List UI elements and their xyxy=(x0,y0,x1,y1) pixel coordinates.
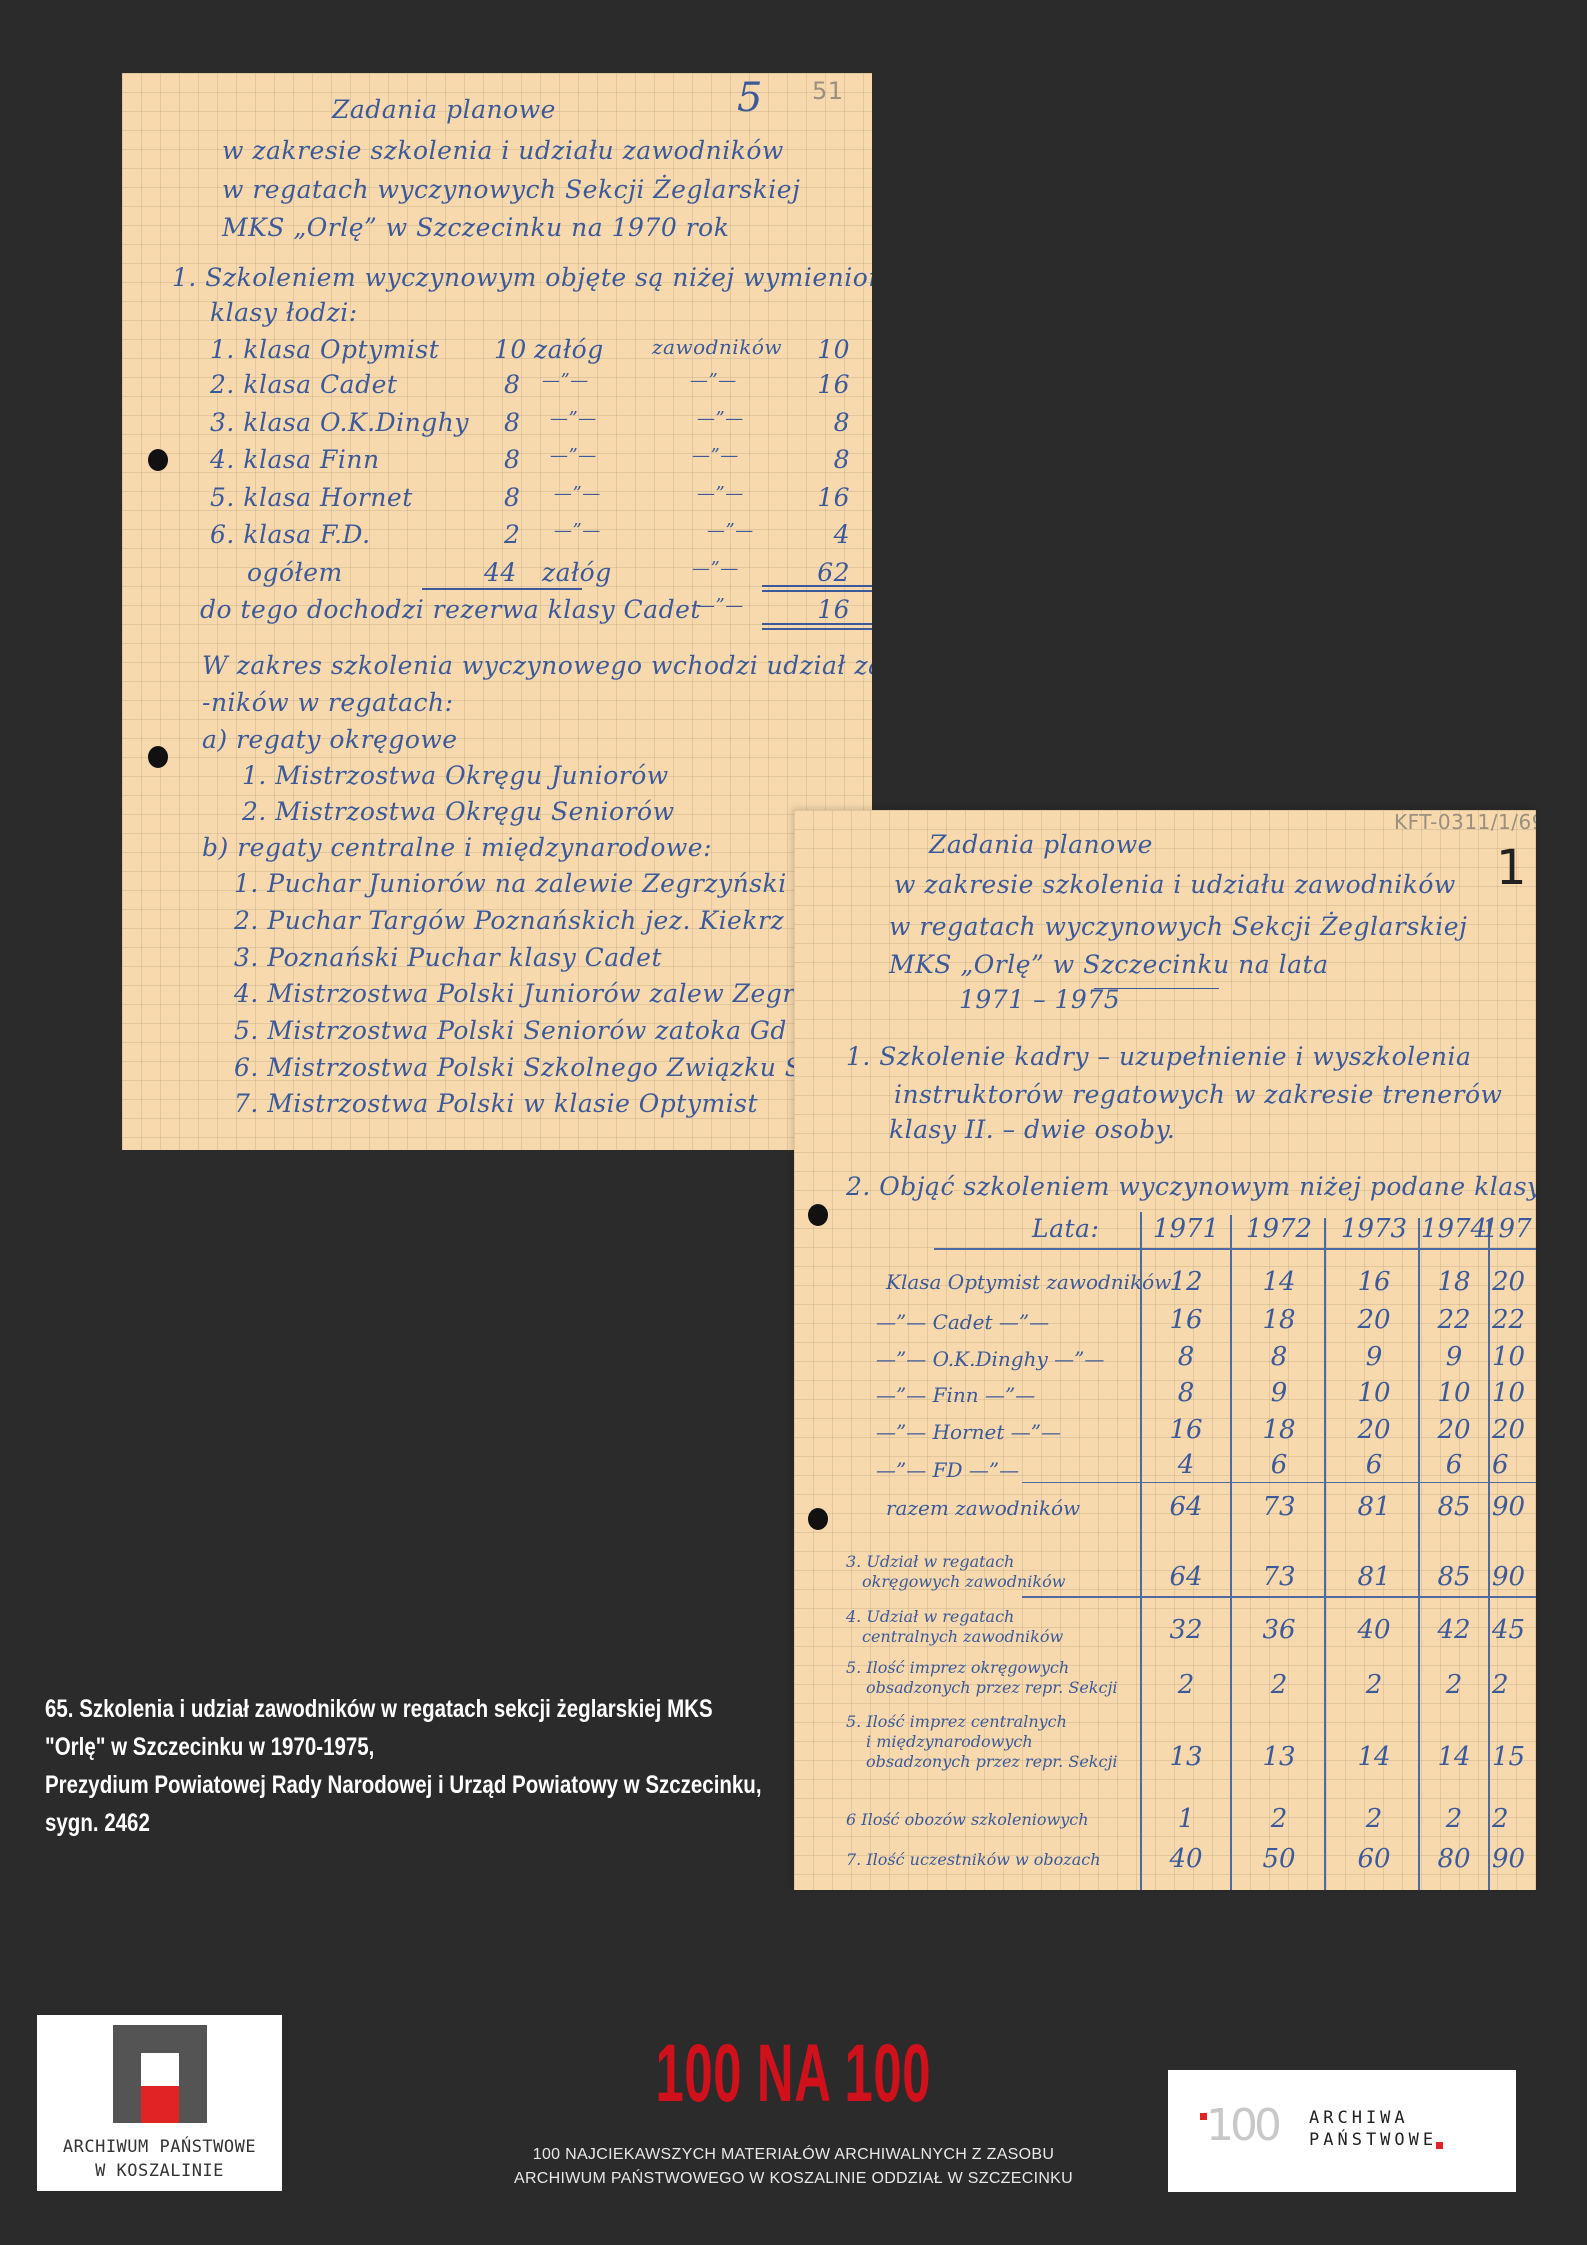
regatta-b-item: 7. Mistrzostwa Polski w klasie Optymist xyxy=(234,1089,758,1118)
class-sailors: 8 xyxy=(790,445,850,474)
row-label: 4. Udział w regatach xyxy=(846,1607,1014,1627)
caption-line: 65. Szkolenia i udział zawodników w rega… xyxy=(45,1690,783,1728)
row-value: 10 xyxy=(1414,1378,1494,1408)
doc2-title-line: w zakresie szkolenia i udziału zawodnikó… xyxy=(894,870,1456,899)
class-sailors: 16 xyxy=(790,370,850,399)
row-value: 20 xyxy=(1492,1267,1536,1297)
logo-right-line1: ARCHIWA xyxy=(1309,2108,1409,2128)
row-value: 6 xyxy=(1414,1450,1494,1480)
class-sailors-unit: —”— xyxy=(697,483,744,504)
logo-flag-white-icon xyxy=(141,2053,179,2086)
row-value: 9 xyxy=(1334,1342,1414,1372)
row-value: 20 xyxy=(1492,1415,1536,1445)
row-label: obsadzonych przez repr. Sekcji xyxy=(866,1678,1118,1698)
page-number-pencil-mark: 51 xyxy=(812,77,844,105)
regatta-b-item: 5. Mistrzostwa Polski Seniorów zatoka Gd xyxy=(234,1016,787,1045)
table-column-rule xyxy=(1140,1212,1142,1890)
total-label: ogółem xyxy=(247,558,343,587)
row-value: 10 xyxy=(1492,1342,1536,1372)
row-value: 40 xyxy=(1334,1615,1414,1645)
doc2-section1-line: instruktorów regatowych w zakresie trene… xyxy=(894,1080,1502,1109)
doc1-section1-heading-cont: klasy łodzi: xyxy=(210,298,358,327)
row-value: 13 xyxy=(1239,1742,1319,1772)
row-value: 10 xyxy=(1334,1378,1414,1408)
total-sailors-unit: —”— xyxy=(692,558,739,579)
doc1-section1-heading: 1. Szkoleniem wyczynowym objęte są niżej… xyxy=(172,263,872,292)
row-label: —”— Hornet —”— xyxy=(876,1420,1061,1444)
year-header: 1971 xyxy=(1146,1214,1226,1244)
regatta-intro-line: W zakres szkolenia wyczynowego wchodzi u… xyxy=(202,651,872,680)
year-header: 1973 xyxy=(1334,1214,1414,1244)
series-title: 100 NA 100 xyxy=(301,2028,1285,2120)
row-value: 73 xyxy=(1239,1492,1319,1522)
row-value: 9 xyxy=(1239,1378,1319,1408)
class-label: 6. klasa F.D. xyxy=(210,520,371,549)
row-value: 14 xyxy=(1414,1742,1494,1772)
exhibit-caption: 65. Szkolenia i udział zawodników w rega… xyxy=(45,1690,783,1842)
archiwum-koszalin-logo[interactable]: ARCHIWUM PAŃSTWOWE W KOSZALINIE xyxy=(37,2015,282,2191)
class-label: 2. klasa Cadet xyxy=(210,370,397,399)
row-value: 12 xyxy=(1146,1267,1226,1297)
regatta-b-item: 1. Puchar Juniorów na zalewie Zegrzyński xyxy=(234,869,787,898)
row-value: 2 xyxy=(1334,1670,1414,1700)
class-crews-unit: —”— xyxy=(550,408,597,429)
row-label: —”— Finn —”— xyxy=(876,1383,1035,1407)
row-value: 2 xyxy=(1492,1670,1536,1700)
class-crews: 8 xyxy=(504,408,520,437)
class-crews: 8 xyxy=(504,445,520,474)
row-value: 2 xyxy=(1492,1804,1536,1834)
class-label: 1. klasa Optymist xyxy=(210,335,439,364)
row-value: 64 xyxy=(1146,1562,1226,1592)
row-value: 20 xyxy=(1334,1415,1414,1445)
row-value: 32 xyxy=(1146,1615,1226,1645)
logo-100-mark: 100 xyxy=(1206,2100,1278,2151)
row-value: 1 xyxy=(1146,1804,1226,1834)
caption-line: sygn. 2462 xyxy=(45,1804,783,1842)
row-value: 22 xyxy=(1492,1305,1536,1335)
row-value: 2 xyxy=(1414,1670,1494,1700)
row-value: 22 xyxy=(1414,1305,1494,1335)
regatta-b-item: 6. Mistrzostwa Polski Szkolnego Związku … xyxy=(234,1053,872,1082)
row-label: 7. Ilość uczestników w obozach xyxy=(846,1850,1101,1870)
row-value: 8 xyxy=(1239,1342,1319,1372)
row-label: 6 Ilość obozów szkoleniowych xyxy=(846,1810,1089,1830)
class-crews-unit: załóg xyxy=(534,335,604,364)
row-value: 90 xyxy=(1492,1492,1536,1522)
row-value: 16 xyxy=(1334,1267,1414,1297)
row-value: 2 xyxy=(1414,1804,1494,1834)
table-header-label: Lata: xyxy=(1032,1214,1099,1243)
class-crews-unit: —”— xyxy=(554,483,601,504)
regatta-intro-line: -ników w regatach: xyxy=(202,688,454,717)
row-value: 73 xyxy=(1239,1562,1319,1592)
row-value: 20 xyxy=(1334,1305,1414,1335)
row-value: 2 xyxy=(1239,1804,1319,1834)
row-value: 8 xyxy=(1146,1378,1226,1408)
table-total-rule xyxy=(1022,1596,1536,1598)
row-value: 81 xyxy=(1334,1562,1414,1592)
row-value: 2 xyxy=(1334,1804,1414,1834)
row-label: obsadzonych przez repr. Sekcji xyxy=(866,1752,1118,1772)
row-label: i międzynarodowych xyxy=(866,1732,1033,1752)
regatta-b-item: 2. Puchar Targów Poznańskich jez. Kiekrz xyxy=(234,906,784,935)
row-value: 40 xyxy=(1146,1844,1226,1874)
regatta-b-item: 3. Poznański Puchar klasy Cadet xyxy=(234,943,662,972)
class-sailors-unit: zawodników xyxy=(652,335,782,359)
year-header: 1972 xyxy=(1239,1214,1319,1244)
row-value: 36 xyxy=(1239,1615,1319,1645)
table-header-rule xyxy=(934,1248,1536,1250)
doc2-section1-line: 1. Szkolenie kadry – uzupełnienie i wysz… xyxy=(846,1042,1471,1071)
total-double-underline xyxy=(762,585,872,592)
row-value: 18 xyxy=(1414,1267,1494,1297)
row-label: 5. Ilość imprez centralnych xyxy=(846,1712,1067,1732)
doc2-title-line: Zadania planowe xyxy=(929,830,1153,859)
row-label: 5. Ilość imprez okręgowych xyxy=(846,1658,1069,1678)
class-crews: 2 xyxy=(504,520,520,549)
table-column-rule xyxy=(1230,1215,1232,1890)
doc2-section2-heading: 2. Objąć szkoleniem wyczynowym niżej pod… xyxy=(846,1172,1536,1201)
class-crews-unit: —”— xyxy=(550,445,597,466)
row-value: 8 xyxy=(1146,1342,1226,1372)
class-crews: 8 xyxy=(504,370,520,399)
row-value: 6 xyxy=(1239,1450,1319,1480)
row-value: 16 xyxy=(1146,1415,1226,1445)
row-value: 42 xyxy=(1414,1615,1494,1645)
doc2-title-line: w regatach wyczynowych Sekcji Żeglarskie… xyxy=(889,912,1467,941)
row-label: —”— O.K.Dinghy —”— xyxy=(876,1347,1104,1371)
row-value: 90 xyxy=(1492,1562,1536,1592)
row-value: 4 xyxy=(1146,1450,1226,1480)
class-sailors-unit: —”— xyxy=(692,445,739,466)
row-value: 6 xyxy=(1492,1450,1536,1480)
regatta-b-heading: b) regaty centralne i międzynarodowe: xyxy=(202,833,712,862)
total-crews-unit: załóg xyxy=(542,558,612,587)
doc1-title-line: MKS „Orlę” w Szczecinku na 1970 rok xyxy=(222,213,729,242)
logo-right-line2: PAŃSTWOWE xyxy=(1309,2130,1437,2150)
doc2-title-line: MKS „Orlę” w Szczecinku na lata xyxy=(889,950,1328,979)
caption-line: "Orlę" w Szczecinku w 1970-1975, xyxy=(45,1728,783,1766)
reserve-unit: —”— xyxy=(697,595,744,616)
page-number-pen-mark: 5 xyxy=(737,75,763,121)
doc1-title-line: Zadania planowe xyxy=(332,95,556,124)
table-sum-rule xyxy=(1022,1482,1536,1483)
row-value: 18 xyxy=(1239,1415,1319,1445)
class-label: 5. klasa Hornet xyxy=(210,483,413,512)
doc2-section1-line: klasy II. – dwie osoby. xyxy=(889,1115,1175,1144)
punch-hole xyxy=(808,1508,828,1530)
class-sailors: 4 xyxy=(790,520,850,549)
red-dot-icon xyxy=(1436,2142,1443,2149)
row-value: 16 xyxy=(1146,1305,1226,1335)
document-scan-1970-plan: 5 51 Zadania planowe w zakresie szkoleni… xyxy=(122,73,872,1150)
row-value: 15 xyxy=(1492,1742,1536,1772)
archiwa-panstwowe-100-logo[interactable]: 100 ARCHIWA PAŃSTWOWE xyxy=(1168,2070,1516,2192)
document-scan-1971-1975-plan: KFT-0311/1/69 1 Zadania planowe w zakres… xyxy=(794,810,1536,1890)
class-sailors-unit: —”— xyxy=(707,520,754,541)
total-underline xyxy=(422,588,582,590)
table-column-rule xyxy=(1324,1218,1326,1890)
row-value: 80 xyxy=(1414,1844,1494,1874)
row-value: 60 xyxy=(1334,1844,1414,1874)
reserve-double-underline xyxy=(762,623,872,630)
caption-line: Prezydium Powiatowej Rady Narodowej i Ur… xyxy=(45,1766,783,1804)
row-label: —”— FD —”— xyxy=(876,1458,1019,1482)
class-sailors: 16 xyxy=(790,483,850,512)
regatta-b-item: 4. Mistrzostwa Polski Juniorów zalew Zeg… xyxy=(234,979,808,1008)
regatta-a-item: 2. Mistrzostwa Okręgu Seniorów xyxy=(242,797,674,826)
row-value: 10 xyxy=(1492,1378,1536,1408)
class-crews-unit: —”— xyxy=(554,520,601,541)
class-sailors: 10 xyxy=(790,335,850,364)
punch-hole xyxy=(808,1204,828,1226)
class-label: 4. klasa Finn xyxy=(210,445,380,474)
row-value: 85 xyxy=(1414,1562,1494,1592)
class-crews-unit: —”— xyxy=(542,370,589,391)
row-value: 20 xyxy=(1414,1415,1494,1445)
row-label: —”— Cadet —”— xyxy=(876,1310,1049,1334)
row-value: 90 xyxy=(1492,1844,1536,1874)
row-value: 45 xyxy=(1492,1615,1536,1645)
class-sailors-unit: —”— xyxy=(697,408,744,429)
class-sailors-unit: —”— xyxy=(690,370,737,391)
regatta-a-item: 1. Mistrzostwa Okręgu Juniorów xyxy=(242,761,669,790)
doc2-title-line: 1971 – 1975 xyxy=(959,985,1120,1014)
class-label: 3. klasa O.K.Dinghy xyxy=(210,408,469,437)
row-label: centralnych zawodników xyxy=(862,1627,1063,1647)
row-value: 64 xyxy=(1146,1492,1226,1522)
doc1-title-line: w regatach wyczynowych Sekcji Żeglarskie… xyxy=(222,175,800,204)
reference-number-pencil: KFT-0311/1/69 xyxy=(1394,810,1536,834)
row-label: 3. Udział w regatach xyxy=(846,1552,1014,1572)
row-value: 2 xyxy=(1239,1670,1319,1700)
row-value: 2 xyxy=(1146,1670,1226,1700)
logo-flag-red-icon xyxy=(141,2086,179,2123)
regatta-a-heading: a) regaty okręgowe xyxy=(202,725,458,754)
row-value: 6 xyxy=(1334,1450,1414,1480)
doc1-title-line: w zakresie szkolenia i udziału zawodnikó… xyxy=(222,136,784,165)
punch-hole xyxy=(148,449,168,471)
punch-hole xyxy=(148,746,168,768)
class-crews: 8 xyxy=(504,483,520,512)
reserve-label: do tego dochodzi rezerwa klasy Cadet xyxy=(200,595,701,624)
page-number-mark: 1 xyxy=(1496,840,1527,896)
total-crews: 44 xyxy=(484,558,517,587)
row-label: Klasa Optymist zawodników xyxy=(886,1270,1171,1294)
total-sailors: 62 xyxy=(790,558,850,587)
row-value: 50 xyxy=(1239,1844,1319,1874)
row-value: 14 xyxy=(1334,1742,1414,1772)
row-value: 18 xyxy=(1239,1305,1319,1335)
row-value: 13 xyxy=(1146,1742,1226,1772)
row-label: okręgowych zawodników xyxy=(862,1572,1065,1592)
title-overline xyxy=(1094,988,1219,989)
row-value: 85 xyxy=(1414,1492,1494,1522)
row-value: 9 xyxy=(1414,1342,1494,1372)
row-value: 14 xyxy=(1239,1267,1319,1297)
year-header: 197 xyxy=(1482,1214,1536,1244)
class-sailors: 8 xyxy=(790,408,850,437)
row-value: 81 xyxy=(1334,1492,1414,1522)
row-label: razem zawodników xyxy=(886,1496,1080,1520)
class-crews: 10 xyxy=(494,335,527,364)
reserve-value: 16 xyxy=(790,595,850,624)
